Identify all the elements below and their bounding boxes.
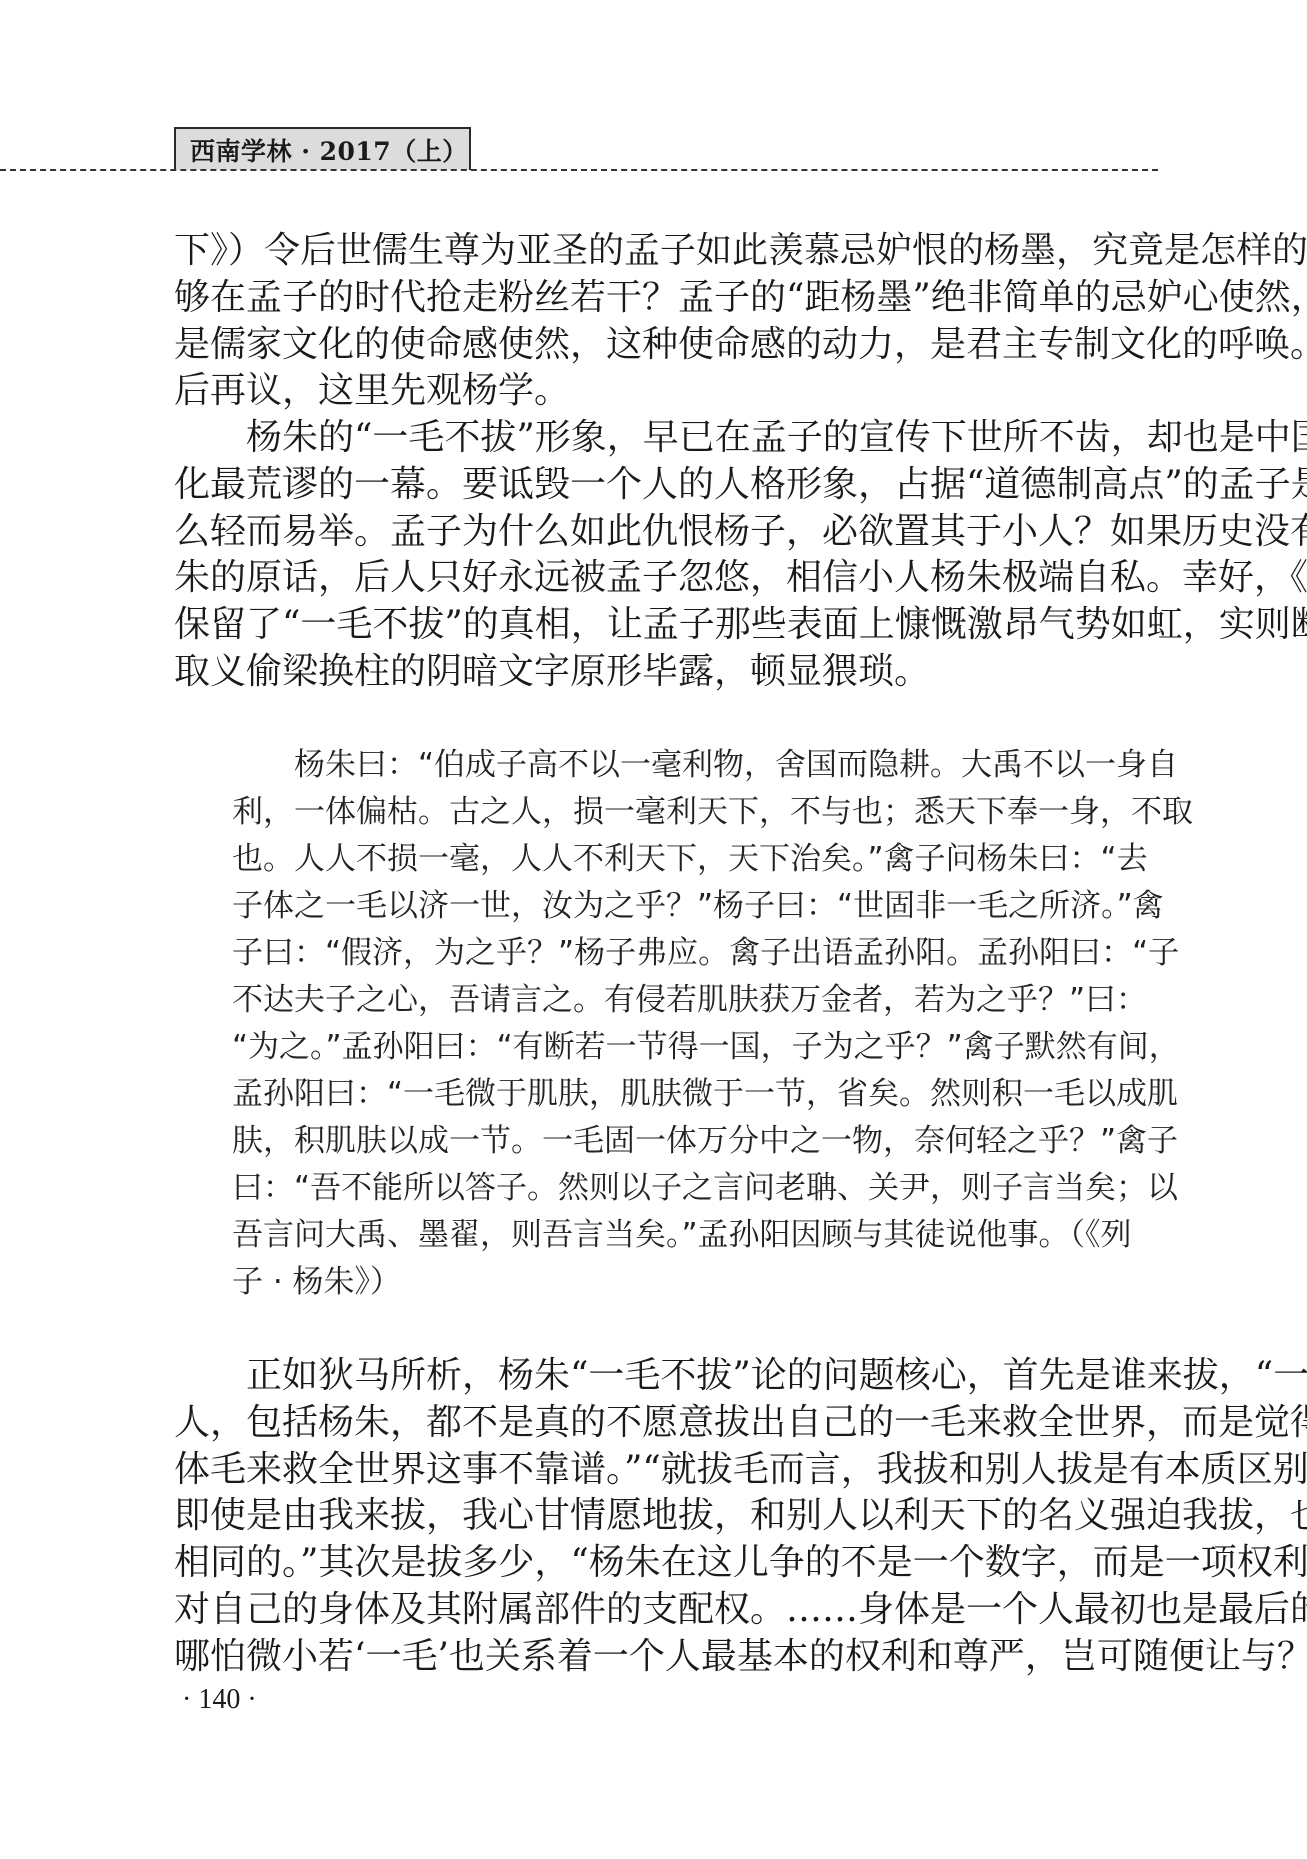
quote-line: “为之。”孟孙阳曰：“有断若一节得一国，子为之乎？”禽子默然有间， (232, 1024, 1100, 1071)
text-line: 人，包括杨朱，都不是真的不愿意拔出自己的一毛来救全世界，而是觉得以一根 (174, 1400, 1158, 1447)
text-line: 即使是由我来拔，我心甘情愿地拔，和别人以利天下的名义强迫我拔，也是大不 (174, 1493, 1158, 1540)
paragraph-3: 正如狄马所析，杨朱“一毛不拔”论的问题核心，首先是谁来拔，“一般 人，包括杨朱，… (174, 1353, 1158, 1681)
text-line: 下》）令后世儒生尊为亚圣的孟子如此羡慕忌妒恨的杨墨，究竟是怎样的人，能 (174, 228, 1158, 275)
paragraph-2: 杨朱的“一毛不拔”形象，早已在孟子的宣传下世所不齿，却也是中国文 化最荒谬的一幕… (174, 415, 1158, 696)
text-line: 杨朱的“一毛不拔”形象，早已在孟子的宣传下世所不齿，却也是中国文 (174, 415, 1158, 462)
block-quote-liezi: 杨朱曰：“伯成子高不以一毫利物，舍国而隐耕。大禹不以一身自 利，一体偏枯。古之人… (232, 742, 1100, 1306)
text-line: 取义偷梁换柱的阴暗文字原形毕露，顿显猥琐。 (174, 649, 1158, 696)
quote-line: 也。人人不损一毫，人人不利天下，天下治矣。”禽子问杨朱曰：“去 (232, 836, 1100, 883)
quote-line: 不达夫子之心，吾请言之。有侵若肌肤获万金者，若为之乎？”曰： (232, 977, 1100, 1024)
quote-line: 曰：“吾不能所以答子。然则以子之言问老聃、关尹，则子言当矣；以 (232, 1165, 1100, 1212)
paragraph-1: 下》）令后世儒生尊为亚圣的孟子如此羡慕忌妒恨的杨墨，究竟是怎样的人，能 够在孟子… (174, 228, 1158, 415)
text-line: 体毛来救全世界这事不靠谱。”“就拔毛而言，我拔和别人拔是有本质区别的。 (174, 1447, 1158, 1494)
text-line: 么轻而易举。孟子为什么如此仇恨杨子，必欲置其于小人？如果历史没有留下杨 (174, 509, 1158, 556)
text-line: 相同的。”其次是拔多少，“杨朱在这儿争的不是一个数字，而是一项权利，是 (174, 1540, 1158, 1587)
text-line: 哪怕微小若‘一毛’也关系着一个人最基本的权利和尊严，岂可随便让与？” (174, 1634, 1158, 1681)
quote-line: 子 · 杨朱》） (232, 1259, 1100, 1306)
quote-line: 杨朱曰：“伯成子高不以一毫利物，舍国而隐耕。大禹不以一身自 (232, 742, 1100, 789)
page-number: · 140 · (182, 1684, 257, 1716)
header-dashed-rule (0, 169, 1158, 171)
text-line: 正如狄马所析，杨朱“一毛不拔”论的问题核心，首先是谁来拔，“一般 (174, 1353, 1158, 1400)
text-line: 是儒家文化的使命感使然，这种使命感的动力，是君主专制文化的呼唤。墨学稍 (174, 322, 1158, 369)
text-line: 朱的原话，后人只好永远被孟子忽悠，相信小人杨朱极端自私。幸好，《列子》 (174, 555, 1158, 602)
quote-line: 子体之一毛以济一世，汝为之乎？”杨子曰：“世固非一毛之所济。”禽 (232, 883, 1100, 930)
quote-line: 利，一体偏枯。古之人，损一毫利天下，不与也；悉天下奉一身，不取 (232, 789, 1100, 836)
text-line: 够在孟子的时代抢走粉丝若干？孟子的“距杨墨”绝非简单的忌妒心使然，而 (174, 275, 1158, 322)
quote-line: 肤，积肌肤以成一节。一毛固一体万分中之一物，奈何轻之乎？”禽子 (232, 1118, 1100, 1165)
quote-line: 子曰：“假济，为之乎？”杨子弗应。禽子出语孟孙阳。孟孙阳曰：“子 (232, 930, 1100, 977)
quote-line: 孟孙阳曰：“一毛微于肌肤，肌肤微于一节，省矣。然则积一毛以成肌 (232, 1071, 1100, 1118)
quote-line: 吾言问大禹、墨翟，则吾言当矣。”孟孙阳因顾与其徒说他事。（《列 (232, 1212, 1100, 1259)
running-header-journal-title: 西南学林 · 2017（上） (174, 127, 471, 170)
text-line: 后再议，这里先观杨学。 (174, 368, 1158, 415)
text-line: 对自己的身体及其附属部件的支配权。……身体是一个人最初也是最后的财产， (174, 1587, 1158, 1634)
text-line: 保留了“一毛不拔”的真相，让孟子那些表面上慷慨激昂气势如虹，实则断章 (174, 602, 1158, 649)
text-line: 化最荒谬的一幕。要诋毁一个人的人格形象，占据“道德制高点”的孟子是多 (174, 462, 1158, 509)
